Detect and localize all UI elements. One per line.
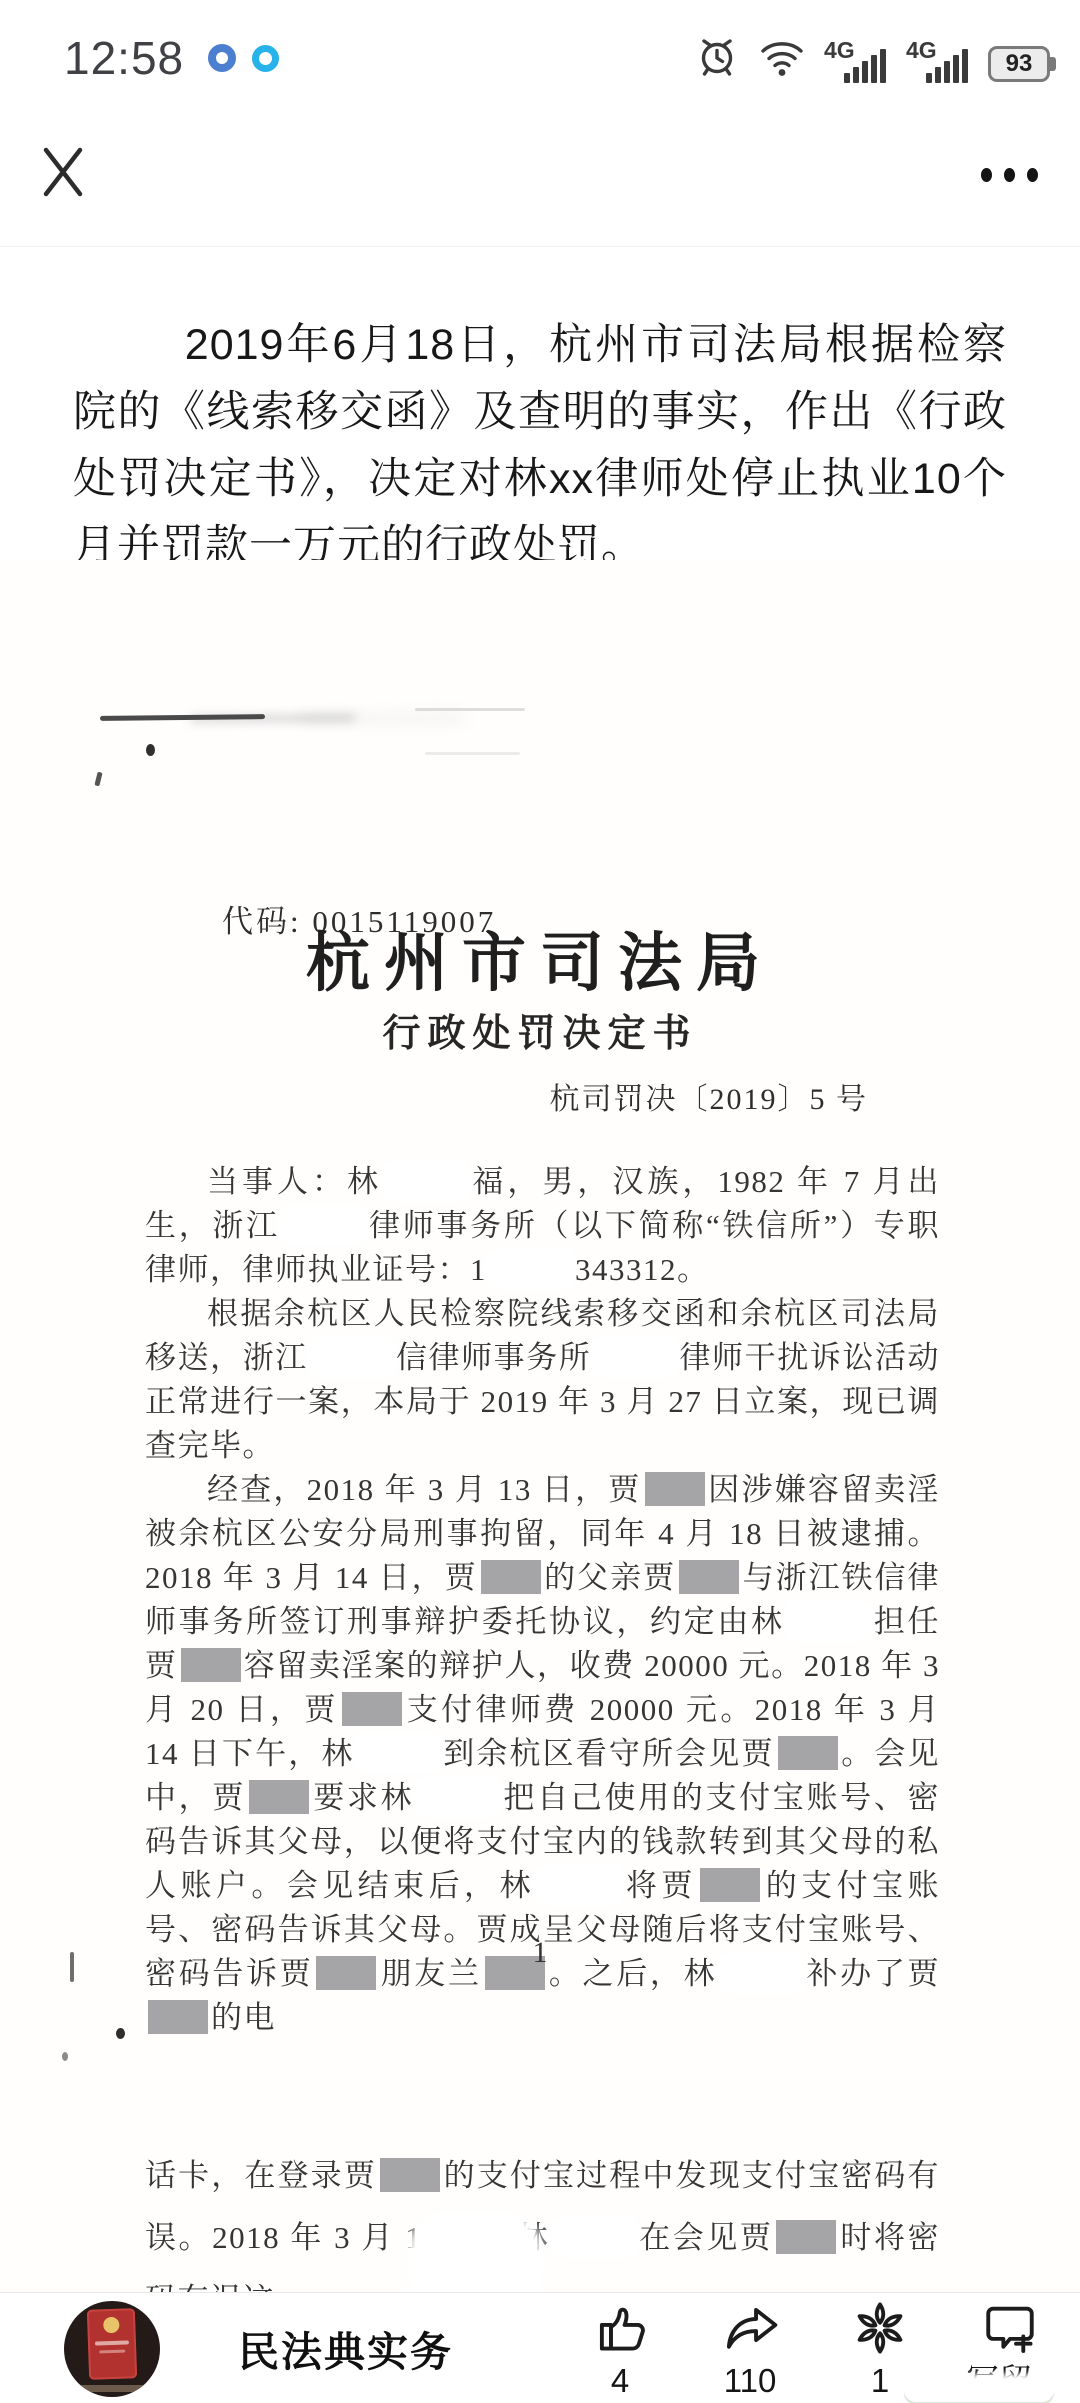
gray-redaction [249, 1780, 309, 1814]
document-title: 杭州市司法局 [0, 912, 1080, 1004]
alarm-icon [694, 32, 740, 85]
document-body-page2: 话卡，在登录贾的支付宝过程中发现支付宝密码有误。2018 年 3 月 16 日，… [145, 2145, 940, 2292]
notification-ring-icon [252, 45, 279, 72]
like-icon [591, 2299, 649, 2362]
status-bar: 12:58 [0, 0, 1080, 100]
share-button[interactable]: 110 [706, 2299, 794, 2399]
article-paragraph: 2019年6月18日，杭州市司法局根据检察院的《线索移交函》及查明的事实，作出《… [73, 312, 1007, 580]
scan-smudge [94, 772, 102, 787]
scan-smudge [146, 744, 155, 756]
white-redaction [384, 1164, 468, 1198]
white-redaction [537, 1868, 621, 1902]
document-body-page1: 当事人：林福，男，汉族，1982 年 7 月出生，浙江律师事务所（以下简称“铁信… [145, 1160, 940, 2040]
gray-redaction [342, 1692, 402, 1726]
wifi-icon [758, 34, 806, 85]
doc-paragraph: 当事人：林福，男，汉族，1982 年 7 月出生，浙江律师事务所（以下简称“铁信… [145, 1160, 940, 1292]
gray-redaction [645, 1472, 705, 1506]
doc-paragraph: 根据余杭区人民检察院线索移交函和余杭区司法局移送，浙江信律师事务所律师干扰诉讼活… [145, 1292, 940, 1468]
scan-smudge [70, 1952, 74, 1982]
phone-screen: 12:58 [0, 0, 1080, 2403]
battery-icon: 93 [988, 46, 1050, 82]
white-redaction [310, 1340, 394, 1374]
gray-redaction [380, 2158, 440, 2192]
white-redaction [552, 2220, 636, 2254]
gray-redaction [700, 1868, 760, 1902]
scan-smudge [415, 708, 525, 711]
scan-smudge [425, 752, 520, 755]
signal-icon-2: 4G [906, 37, 970, 85]
wow-icon [851, 2299, 909, 2362]
white-redaction [416, 1780, 500, 1814]
gray-redaction [148, 2000, 208, 2034]
gray-redaction [776, 2220, 836, 2254]
white-redaction [282, 1208, 366, 1242]
more-button[interactable] [966, 158, 1052, 192]
signal-icon: 4G [824, 37, 888, 85]
signal-bars [926, 49, 968, 83]
like-count: 4 [611, 2363, 629, 2399]
more-icon [981, 168, 1038, 182]
scan-smudge [100, 714, 265, 721]
document-page-number: 1 [0, 1936, 1080, 1970]
white-redaction [489, 1252, 573, 1286]
civil-code-book-icon [87, 2308, 137, 2380]
document-number: 杭司罚决〔2019〕5 号 [550, 1074, 869, 1118]
battery-percent: 93 [1006, 50, 1033, 78]
gray-redaction [778, 1736, 838, 1770]
signal-bars [844, 49, 886, 83]
doc-paragraph: 话卡，在登录贾的支付宝过程中发现支付宝密码有误。2018 年 3 月 16 日，… [145, 2145, 940, 2292]
comment-plus-icon [981, 2299, 1039, 2362]
document-subtitle: 行政处罚决定书 [0, 1002, 1080, 1057]
toolbar-actions: 4 110 [576, 2299, 1054, 2399]
close-button[interactable] [28, 132, 98, 216]
gray-redaction [679, 1560, 739, 1594]
status-right-icons: 4G 4G 93 [694, 32, 1050, 85]
document-scan-image[interactable]: 代码: 0015119007 杭州市司法局 行政处罚决定书 杭司罚决〔2019〕… [0, 560, 1080, 2292]
gray-redaction [481, 1560, 541, 1594]
account-name[interactable]: 民法典实务 [238, 2319, 453, 2378]
account-avatar[interactable] [64, 2301, 160, 2397]
status-notification-icons [208, 44, 279, 72]
white-redaction [787, 1604, 871, 1638]
clock-time: 12:58 [64, 31, 184, 85]
share-icon [721, 2299, 779, 2362]
share-count: 110 [724, 2363, 777, 2399]
white-redaction [357, 1736, 441, 1770]
notification-badge-icon [208, 44, 236, 72]
scan-smudge [62, 2052, 68, 2061]
wow-count: 1 [871, 2363, 889, 2399]
white-redaction [593, 1340, 677, 1374]
like-button[interactable]: 4 [576, 2299, 664, 2399]
navbar [0, 100, 1080, 247]
comment-button[interactable]: 写留言 [966, 2299, 1054, 2399]
close-icon [38, 141, 88, 208]
scroll-fade-overlay [904, 2379, 1054, 2403]
gray-redaction [181, 1648, 241, 1682]
bottom-toolbar: 民法典实务 4 110 [0, 2292, 1080, 2403]
white-redaction-blob [415, 2220, 535, 2292]
scan-smudge [116, 2028, 125, 2039]
